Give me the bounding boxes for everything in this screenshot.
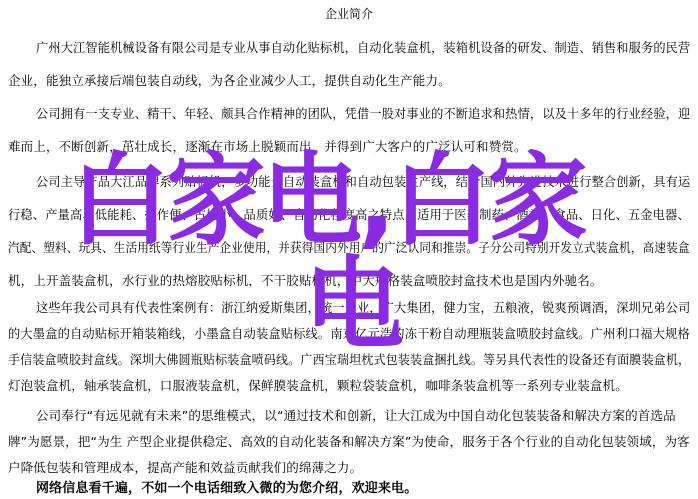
paragraph-line: 这些年我公司具有代表性案例有：浙江纳爱斯集团，统一企业，广大集团，健力宝，五粮液… [36,300,690,316]
paragraph-line: 的大墨盒的自动贴标开箱装箱线，小墨盒自动装盒贴标线。南京亿元浩的冻干粉自动理瓶装… [8,326,690,342]
document-page: 企业简介 广州大江智能机械设备有限公司是专业从事自动化贴标机，自动化装盒机，装箱… [0,0,698,499]
paragraph-line: 户降低包装和管理成本，提高产能和效益贡献我们的绵薄之力。 [8,460,362,476]
paragraph-line: 公司拥有一支专业、精干、年轻、颇具合作精神的团队，凭借一股对事业的不断追求和热情… [36,106,690,122]
paragraph-line: 灯泡装盒机，轴承装盒机，口服液装盒机，保鲜膜装盒机，颗粒袋装盒机，咖啡条装盒机等… [8,378,628,394]
page-title: 企业简介 [0,6,698,22]
paragraph-line: 行稳、产量高、低能耗、操作便、占地小、品质好、自动化程度高之特点，适用于医药制药… [8,207,690,223]
paragraph-line: 难而上，不断创新，茁壮成长，逐渐在市场上脱颖而出，并得到广大客户的广泛认可和赞赏… [8,139,527,155]
paragraph-line: 广州大江智能机械设备有限公司是专业从事自动化贴标机，自动化装盒机，装箱机设备的研… [36,40,690,56]
paragraph-line: 企业，能独立承接后端包装自动线，为各企业减少人工，提供自动化生产能力。 [8,73,451,89]
paragraph-line: 手信装盒喷胶封盒线。深圳大佛圆瓶贴标装盒喷码线。广西宝瑞坦枕式包装装盒捆扎线。等… [8,352,690,368]
paragraph-line: 公司主导产品大江品牌系列贴标机，多功能全自动装盒机和自动包装生产线，结合国内外先… [36,174,690,190]
paragraph-line: 机，上开盖装盒机，水行业的热熔胶贴标机，不干胶贴标机，中大规格装盒喷胶封盒技术也… [8,273,603,289]
paragraph-line: 公司奉行“有远见就有未来”的思维模式，以“通过技术和创新，让大江成为中国自动化包… [36,408,676,424]
paragraph-line: 汽配、塑料、玩具、生活用纸等行业生产企业使用，并获得国内外用户的广泛认同和推崇。… [8,240,690,256]
closing-line: 网络信息看千遍，不如一个电话细致入微的为您介绍，欢迎来电。 [36,481,417,497]
paragraph-line: 牌”为愿景，把“为生 产型企业提供稳定、高效的自动化装备和解决方案”为使命，服务… [8,434,690,450]
